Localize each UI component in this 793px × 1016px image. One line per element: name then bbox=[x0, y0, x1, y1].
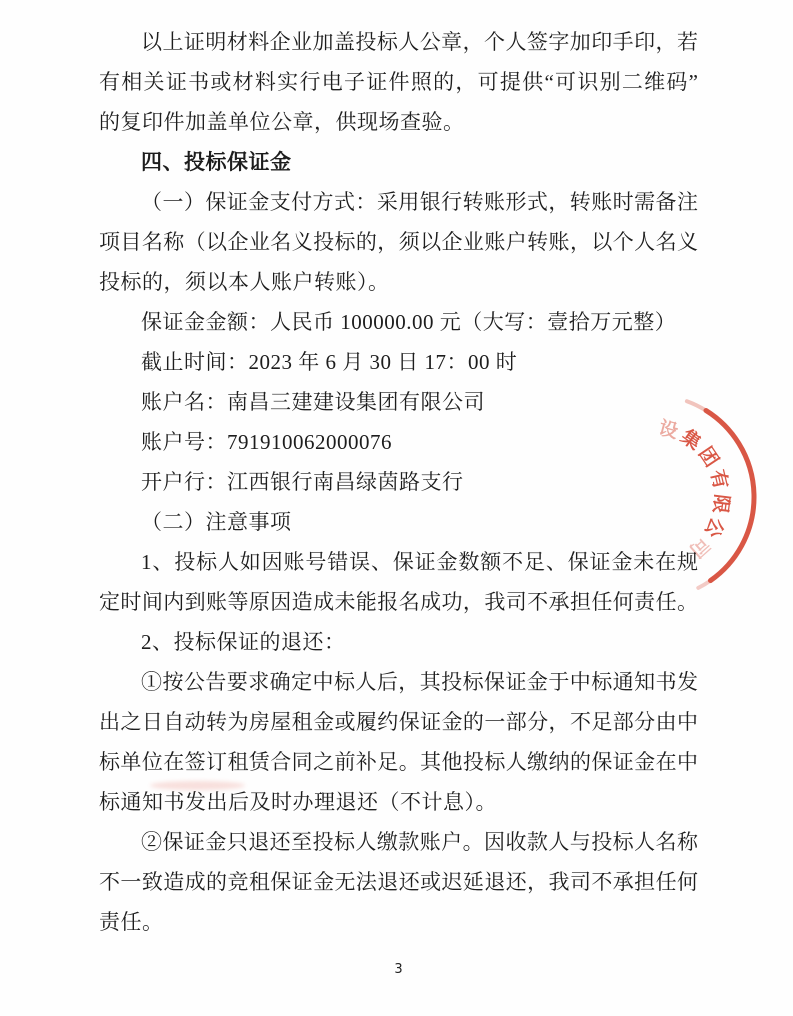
text-line: 1、投标人如因账号错误、保证金数额不足、保证金未在规 bbox=[99, 542, 698, 582]
text-line: 四、投标保证金 bbox=[99, 142, 698, 182]
text-line: （二）注意事项 bbox=[99, 502, 698, 542]
page-number: 3 bbox=[99, 962, 698, 977]
text-line: 保证金金额：人民币 100000.00 元（大写：壹拾万元整） bbox=[99, 302, 698, 342]
text-line: 项目名称（以企业名义投标的，须以企业账户转账，以个人名义 bbox=[99, 222, 698, 262]
text-line: ②保证金只退还至投标人缴款账户。因收款人与投标人名称 bbox=[99, 822, 698, 862]
text-line: 定时间内到账等原因造成未能报名成功，我司不承担任何责任。 bbox=[99, 582, 698, 622]
text-line: 的复印件加盖单位公章，供现场查验。 bbox=[99, 102, 698, 142]
text-line: 开户行：江西银行南昌绿茵路支行 bbox=[99, 462, 698, 502]
text-line: ①按公告要求确定中标人后，其投标保证金于中标通知书发 bbox=[99, 662, 698, 702]
seal-border-arc-fade-bottom bbox=[698, 581, 710, 588]
text-line: 2、投标保证的退还： bbox=[99, 622, 698, 662]
ink-smudge bbox=[150, 781, 245, 790]
text-line: 以上证明材料企业加盖投标人公章，个人签字加印手印，若 bbox=[99, 22, 698, 62]
text-line: 账户名：南昌三建建设集团有限公司 bbox=[99, 382, 698, 422]
seal-border-arc bbox=[706, 411, 754, 581]
text-line: 不一致造成的竞租保证金无法退还或迟延退还，我司不承担任何 bbox=[99, 862, 698, 902]
document-page: 以上证明材料企业加盖投标人公章，个人签字加印手印，若有相关证书或材料实行电子证件… bbox=[0, 0, 793, 1016]
text-line: 投标的，须以本人账户转账）。 bbox=[99, 262, 698, 302]
text-line: 标单位在签订租赁合同之前补足。其他投标人缴纳的保证金在中 bbox=[99, 742, 698, 782]
text-line: 出之日自动转为房屋租金或履约保证金的一部分，不足部分由中 bbox=[99, 702, 698, 742]
text-line: 截止时间：2023 年 6 月 30 日 17：00 时 bbox=[99, 342, 698, 382]
text-line: 账户号：791910062000076 bbox=[99, 422, 698, 462]
text-line: 责任。 bbox=[99, 902, 698, 942]
document-lines: 以上证明材料企业加盖投标人公章，个人签字加印手印，若有相关证书或材料实行电子证件… bbox=[99, 22, 698, 942]
text-line: 有相关证书或材料实行电子证件照的，可提供“可识别二维码” bbox=[99, 62, 698, 102]
text-line: （一）保证金支付方式：采用银行转账形式，转账时需备注 bbox=[99, 182, 698, 222]
